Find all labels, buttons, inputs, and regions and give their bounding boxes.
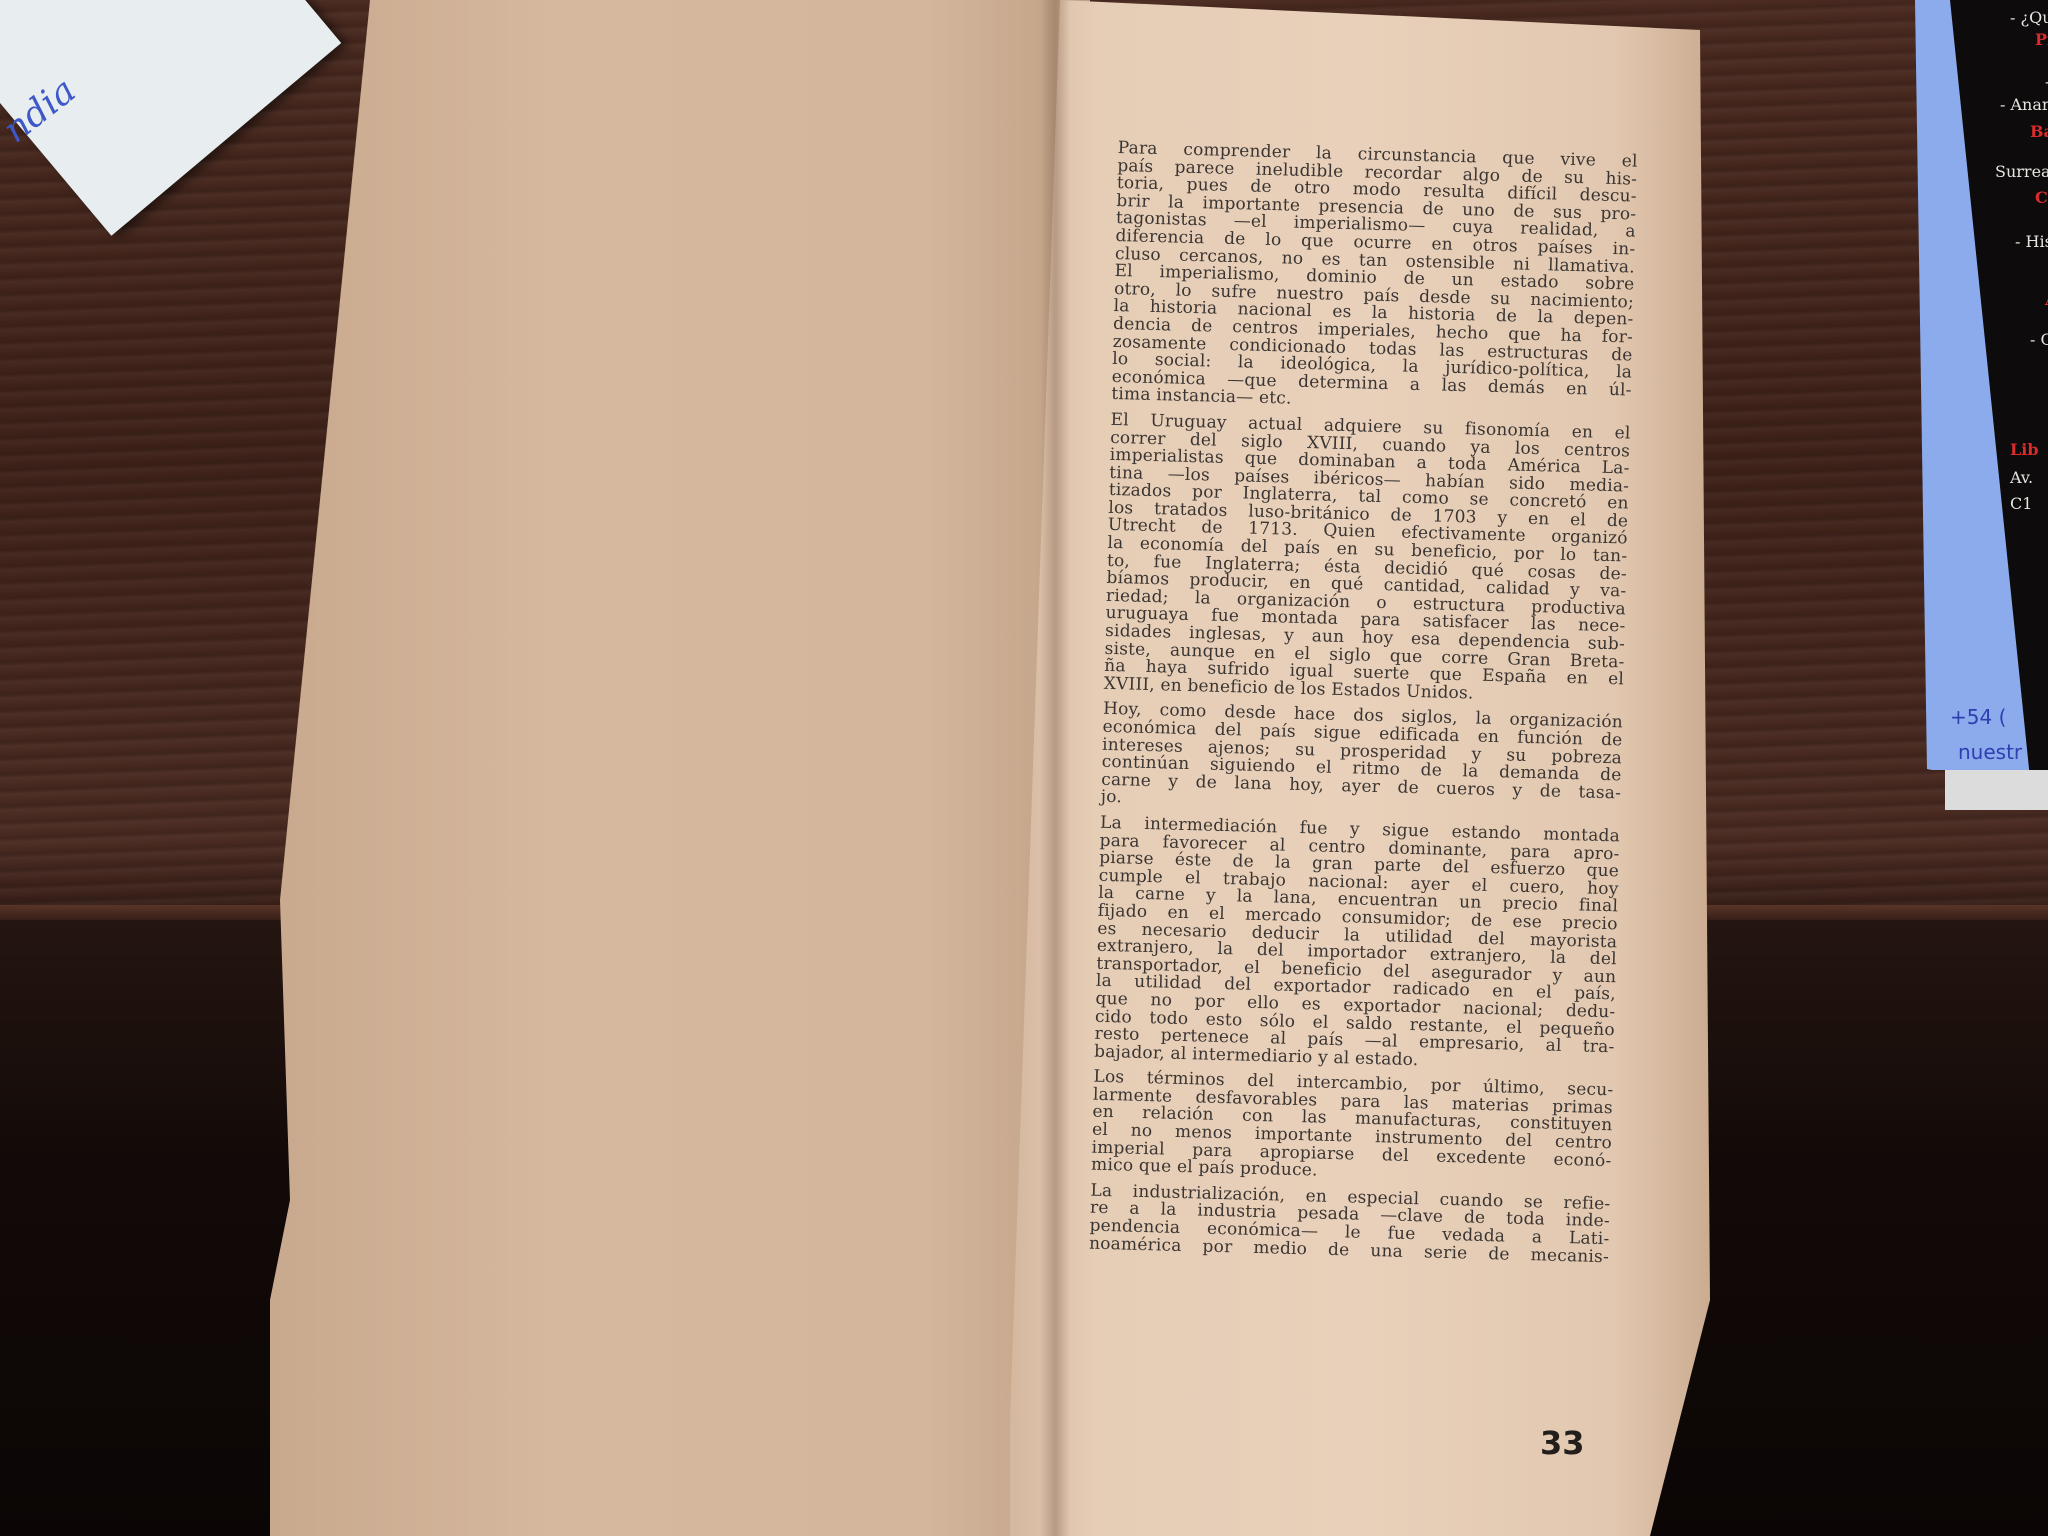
book-gutter xyxy=(1040,0,1070,1536)
paragraph: Hoy, como desde hace dos siglos, la orga… xyxy=(1101,701,1624,820)
paragraph: La industrialización, en especial cuando… xyxy=(1089,1182,1611,1266)
page-number: 33 xyxy=(1540,1424,1585,1462)
paragraph: Para comprender la circunstancia que viv… xyxy=(1111,140,1638,417)
open-book: Para comprender la circunstancia que viv… xyxy=(0,0,2048,1536)
left-page-blank xyxy=(270,0,1090,1536)
page-body-text: Para comprender la circunstancia que viv… xyxy=(1089,140,1638,1274)
paragraph: La intermediación fue y sigue estando mo… xyxy=(1094,815,1620,1075)
paragraph: El Uruguay actual adquiere su fisonomía … xyxy=(1104,412,1631,707)
paragraph: Los términos del intercambio, por último… xyxy=(1091,1069,1614,1188)
